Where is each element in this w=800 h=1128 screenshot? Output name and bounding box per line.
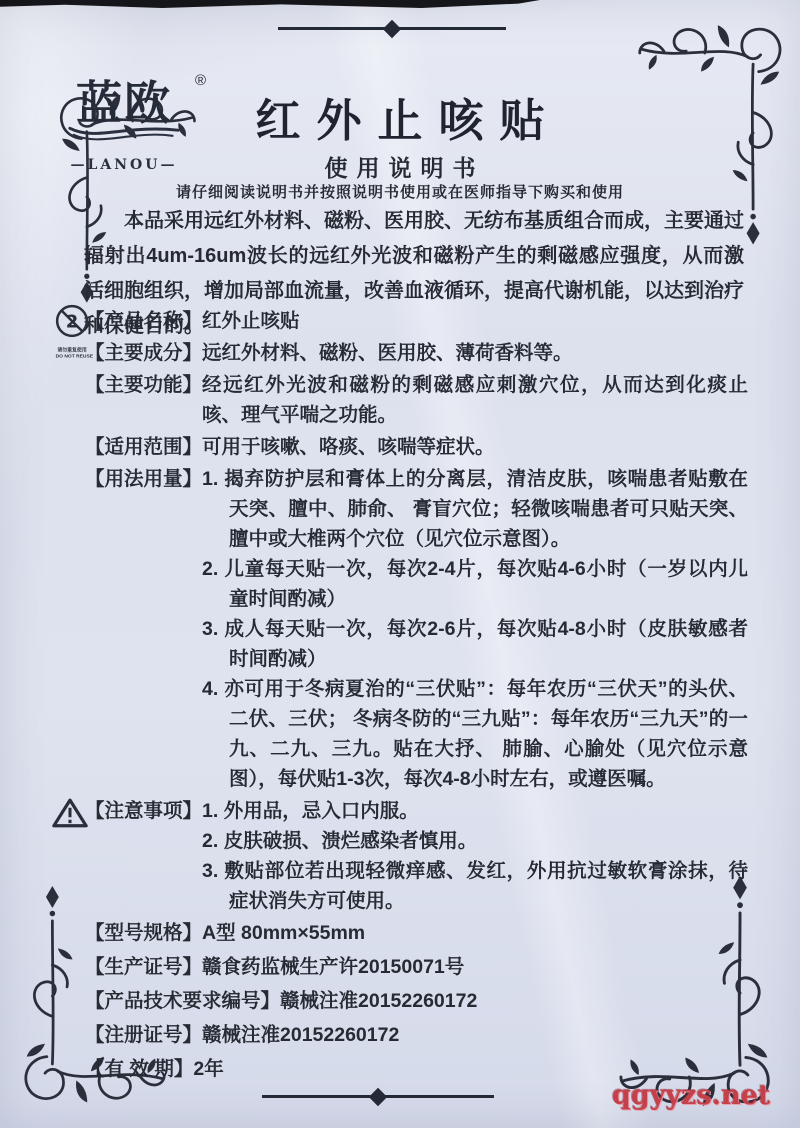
field-label: 【有 效 期】 (85, 1054, 193, 1084)
do-not-reuse-caption-cn: 请勿重复使用 (56, 348, 89, 353)
field-label: 【主要成分】 (85, 338, 202, 368)
field-row-precautions: 【注意事项】 1. 外用品，忌入口内服。 2. 皮肤破损、溃烂感染者慎用。 3.… (85, 796, 748, 916)
photo-edge-shadow (0, 0, 540, 8)
top-divider-rule (278, 27, 506, 30)
precaution-item: 3. 敷贴部位若出现轻微痒感、发红，外用抗过敏软膏涂抹，待症状消失方可使用。 (202, 856, 748, 916)
spec-sections: 2 请勿重复使用 DO NOT REUSE 【产品名称】 红外止咳贴 【主要成分… (85, 306, 748, 1088)
field-label: 【生产证号】 (85, 952, 202, 982)
warning-triangle-icon (51, 796, 91, 838)
field-label: 【注册证号】 (85, 1020, 202, 1050)
bottom-divider-rule (262, 1095, 494, 1098)
leaflet-page: 蓝欧® —LANOU— 红外止咳贴 使用说明书 请仔细阅读说明书并按照说明书使用… (0, 0, 800, 1128)
field-row-technical-requirement-no: 【产品技术要求编号】 赣械注准20152260172 (85, 986, 748, 1016)
field-row-registration-no: 【注册证号】 赣械注准20152260172 (85, 1020, 748, 1050)
usage-item: 2. 儿童每天贴一次，每次2-4片，每次贴4-6小时（一岁以内儿童时间酌减） (202, 554, 748, 614)
usage-item: 4. 亦可用于冬病夏治的“三伏贴”：每年农历“三伏天”的头伏、二伏、三伏； 冬病… (202, 674, 748, 794)
field-label: 【注意事项】 (85, 796, 202, 916)
field-row-model-spec: 【型号规格】 A型 80mm×55mm (85, 918, 748, 948)
page-title: 红外止咳贴 (0, 84, 800, 149)
field-label: 【用法用量】 (85, 464, 202, 794)
usage-item: 1. 揭弃防护层和膏体上的分离层，清洁皮肤，咳喘患者贴敷在天突、膻中、肺俞、 膏… (202, 464, 748, 554)
field-row-production-license: 【生产证号】 赣食药监械生产许20150071号 (85, 952, 748, 982)
field-label: 【产品名称】 (85, 306, 202, 336)
field-row-usage-dosage: 【用法用量】 1. 揭弃防护层和膏体上的分离层，清洁皮肤，咳喘患者贴敷在天突、膻… (85, 464, 748, 794)
field-row-functions: 【主要功能】 经远红外光波和磁粉的剩磁感应刺激穴位，从而达到化痰止咳、理气平喘之… (85, 370, 748, 430)
site-watermark: qgyyzs.net (612, 1080, 770, 1111)
field-value: 赣械注准20152260172 (280, 986, 748, 1016)
precaution-item: 1. 外用品，忌入口内服。 (202, 796, 748, 826)
field-value: A型 80mm×55mm (202, 918, 748, 948)
read-instructions-notice: 请仔细阅读说明书并按照说明书使用或在医师指导下购买和使用 (0, 181, 800, 202)
field-label: 【主要功能】 (85, 370, 202, 430)
field-label: 【型号规格】 (85, 918, 202, 948)
field-value: 红外止咳贴 (202, 306, 748, 336)
precaution-item: 2. 皮肤破损、溃烂感染者慎用。 (202, 826, 748, 856)
diamond-ornament-icon (383, 19, 401, 37)
field-value: 远红外材料、磁粉、医用胶、薄荷香料等。 (202, 338, 748, 368)
field-label: 【产品技术要求编号】 (85, 986, 280, 1016)
field-row-ingredients: 【主要成分】 远红外材料、磁粉、医用胶、薄荷香料等。 (85, 338, 748, 368)
field-row-product-name: 2 请勿重复使用 DO NOT REUSE 【产品名称】 红外止咳贴 (85, 306, 748, 336)
page-subtitle: 使用说明书 (0, 150, 800, 183)
diamond-ornament-icon (369, 1087, 387, 1105)
field-value: 赣械注准20152260172 (202, 1020, 748, 1050)
do-not-reuse-caption-en: DO NOT REUSE (56, 354, 89, 359)
field-value: 经远红外光波和磁粉的剩磁感应刺激穴位，从而达到化痰止咳、理气平喘之功能。 (202, 370, 748, 430)
field-value: 可用于咳嗽、咯痰、咳喘等症状。 (202, 432, 748, 462)
field-label: 【适用范围】 (85, 432, 202, 462)
usage-item: 3. 成人每天贴一次，每次2-6片，每次贴4-8小时（皮肤敏感者时间酌减） (202, 614, 748, 674)
field-row-scope: 【适用范围】 可用于咳嗽、咯痰、咳喘等症状。 (85, 432, 748, 462)
field-value: 赣食药监械生产许20150071号 (202, 952, 748, 982)
